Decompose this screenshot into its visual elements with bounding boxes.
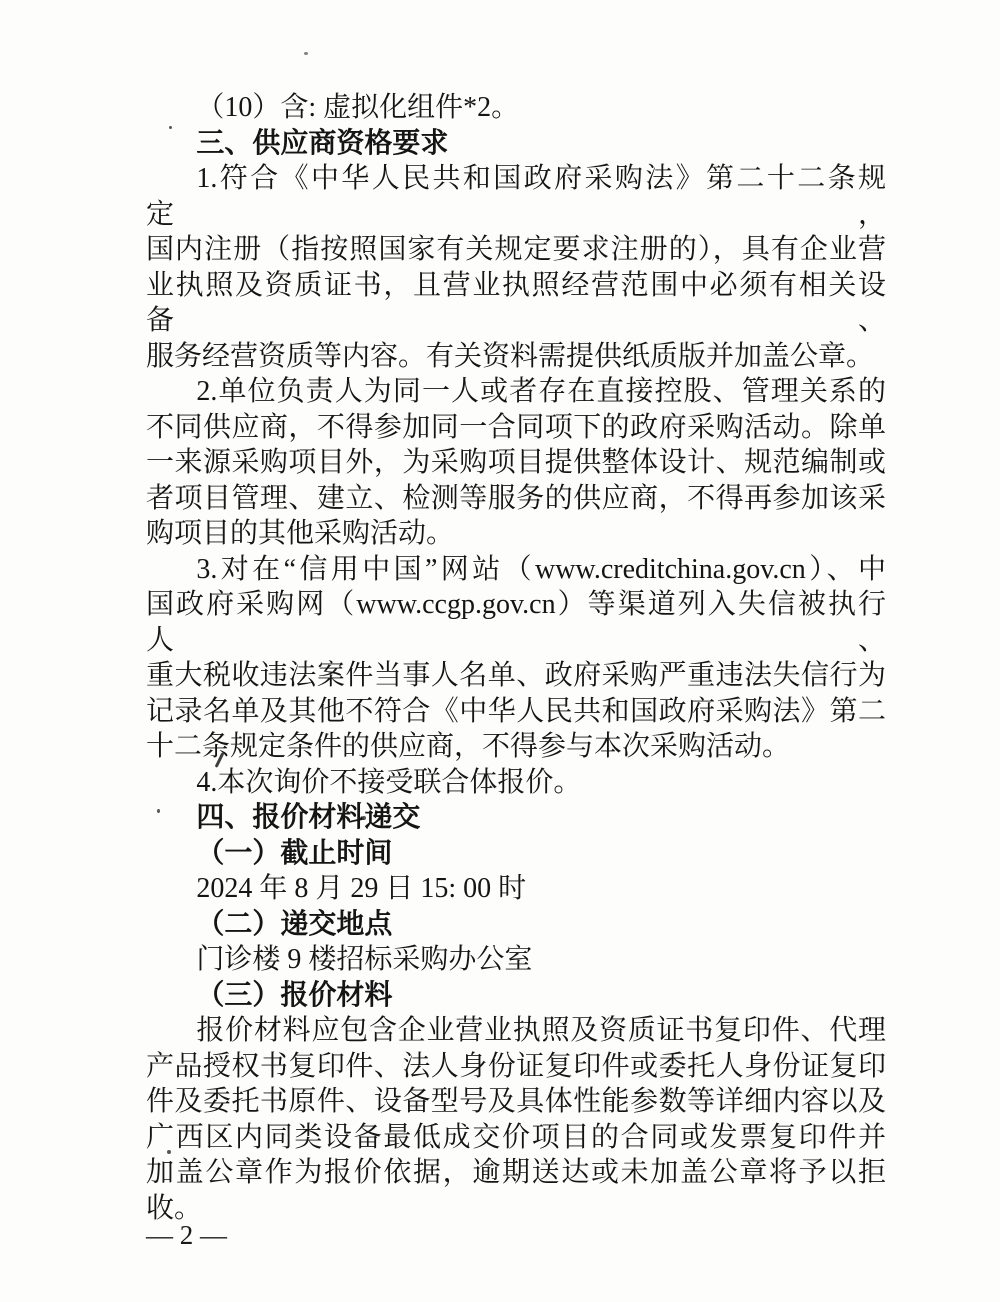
text-line: 三、供应商资格要求 bbox=[146, 126, 886, 162]
text-line: 者项目管理、建立、检测等服务的供应商，不得再参加该采 bbox=[146, 481, 886, 517]
section-heading: 四、报价材料递交 bbox=[146, 800, 886, 836]
text-line: 2024 年 8 月 29 日 15: 00 时 bbox=[146, 871, 886, 907]
section-heading: （一）截止时间 bbox=[146, 836, 886, 872]
text-line: 产品授权书复印件、法人身份证复印件或委托人身份证复印 bbox=[146, 1049, 886, 1085]
text-line: 重大税收违法案件当事人名单、政府采购严重违法失信行为 bbox=[146, 658, 886, 694]
paragraph: 1.符合《中华人民共和国政府采购法》第二十二条规定，国内注册（指按照国家有关规定… bbox=[146, 161, 886, 374]
text-line: 不同供应商，不得参加同一合同项下的政府采购活动。除单 bbox=[146, 410, 886, 446]
scan-speck bbox=[157, 809, 160, 813]
text-line: 记录名单及其他不符合《中华人民共和国政府采购法》第二 bbox=[146, 694, 886, 730]
text-line: 报价材料应包含企业营业执照及资质证书复印件、代理 bbox=[146, 1013, 886, 1049]
paragraph: （10）含: 虚拟化组件*2。 bbox=[146, 90, 886, 126]
text-line: （一）截止时间 bbox=[146, 836, 886, 872]
paragraph: 门诊楼 9 楼招标采购办公室 bbox=[146, 942, 886, 978]
text-line: （二）递交地点 bbox=[146, 907, 886, 943]
scanned-document-page: （10）含: 虚拟化组件*2。三、供应商资格要求1.符合《中华人民共和国政府采购… bbox=[0, 0, 1000, 1302]
text-line: 购项目的其他采购活动。 bbox=[146, 516, 886, 552]
text-line: 2.单位负责人为同一人或者存在直接控股、管理关系的 bbox=[146, 374, 886, 410]
text-line: 十二条规定条件的供应商，不得参与本次采购活动。 bbox=[146, 729, 886, 765]
paragraph: 4.本次询价不接受联合体报价。 bbox=[146, 765, 886, 801]
paragraph: 报价材料应包含企业营业执照及资质证书复印件、代理产品授权书复印件、法人身份证复印… bbox=[146, 1013, 886, 1226]
text-line: 业执照及资质证书，且营业执照经营范围中必须有相关设备、 bbox=[146, 268, 886, 339]
page-number: — 2 — bbox=[146, 1220, 227, 1250]
document-body: （10）含: 虚拟化组件*2。三、供应商资格要求1.符合《中华人民共和国政府采购… bbox=[146, 90, 886, 1226]
text-line: 广西区内同类设备最低成交价项目的合同或发票复印件并 bbox=[146, 1120, 886, 1156]
text-line: 3.对在“信用中国”网站（www.creditchina.gov.cn）、中 bbox=[146, 552, 886, 588]
text-line: 国政府采购网（www.ccgp.gov.cn）等渠道列入失信被执行人、 bbox=[146, 587, 886, 658]
text-line: 1.符合《中华人民共和国政府采购法》第二十二条规定， bbox=[146, 161, 886, 232]
scan-speck bbox=[304, 52, 308, 55]
paragraph: 2024 年 8 月 29 日 15: 00 时 bbox=[146, 871, 886, 907]
page-footer: — 2 — bbox=[146, 1220, 227, 1250]
text-line: （10）含: 虚拟化组件*2。 bbox=[146, 90, 886, 126]
scan-speck bbox=[167, 1150, 171, 1154]
section-heading: （二）递交地点 bbox=[146, 907, 886, 943]
scan-speck bbox=[169, 126, 172, 129]
paragraph: 2.单位负责人为同一人或者存在直接控股、管理关系的不同供应商，不得参加同一合同项… bbox=[146, 374, 886, 552]
text-line: 件及委托书原件、设备型号及具体性能参数等详细内容以及 bbox=[146, 1084, 886, 1120]
text-line: 加盖公章作为报价依据，逾期送达或未加盖公章将予以拒收。 bbox=[146, 1155, 886, 1226]
scan-speck bbox=[362, 816, 366, 820]
text-line: （三）报价材料 bbox=[146, 978, 886, 1014]
section-heading: 三、供应商资格要求 bbox=[146, 126, 886, 162]
text-line: 4.本次询价不接受联合体报价。 bbox=[146, 765, 886, 801]
section-heading: （三）报价材料 bbox=[146, 978, 886, 1014]
text-line: 服务经营资质等内容。有关资料需提供纸质版并加盖公章。 bbox=[146, 339, 886, 375]
text-line: 一来源采购项目外，为采购项目提供整体设计、规范编制或 bbox=[146, 445, 886, 481]
text-line: 门诊楼 9 楼招标采购办公室 bbox=[146, 942, 886, 978]
paragraph: 3.对在“信用中国”网站（www.creditchina.gov.cn）、中国政… bbox=[146, 552, 886, 765]
text-line: 四、报价材料递交 bbox=[146, 800, 886, 836]
text-line: 国内注册（指按照国家有关规定要求注册的），具有企业营 bbox=[146, 232, 886, 268]
